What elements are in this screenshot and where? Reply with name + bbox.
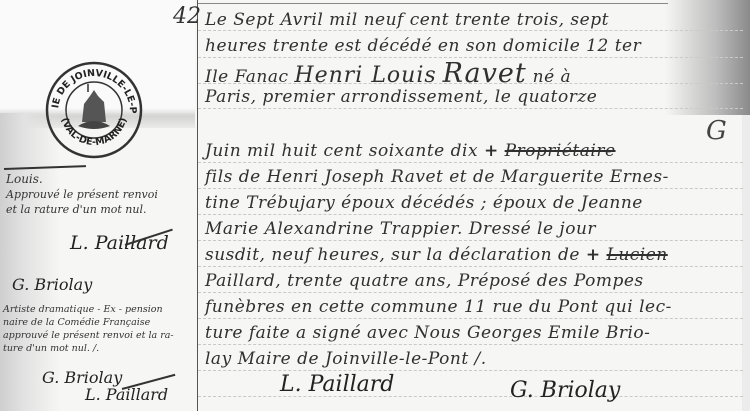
record-line-12: ture faite a signé avec Nous Georges Emi… <box>205 323 650 343</box>
margin-note-2-line: approuvé le présent renvoi et la ra- <box>3 330 174 341</box>
ruled-line <box>198 30 743 31</box>
top-border-line <box>198 3 668 4</box>
record-line-10: Paillard, trente quatre ans, Préposé des… <box>205 271 644 291</box>
ruled-line <box>198 188 743 189</box>
ruled-line <box>198 162 743 163</box>
margin-note-1-line: Approuvé le présent renvoi <box>6 188 158 201</box>
margin-vertical-rule <box>197 0 198 411</box>
signature-declarant: L. Paillard <box>280 372 394 397</box>
ruled-line <box>198 214 743 215</box>
ruled-line <box>198 266 743 267</box>
margin-note-2-signature-top: G. Briolay <box>12 275 92 294</box>
struck-word: Propriétaire <box>505 141 616 161</box>
margin-note-1-line: et la rature d'un mot nul. <box>6 203 146 216</box>
record-line-8: Marie Alexandrine Trappier. Dressé le jo… <box>205 219 596 239</box>
signature-mayor: G. Briolay <box>510 378 620 403</box>
civil-record-page: 42 MAIRIE DE JOINVILLE-LE-PONT (VAL-DE-M… <box>0 0 750 411</box>
stamp-seal-icon: MAIRIE DE JOINVILLE-LE-PONT (VAL-DE-MARN… <box>44 60 144 160</box>
deceased-given-names: Henri Louis <box>294 63 436 88</box>
born-at-text: né à <box>533 67 572 87</box>
address-text: Ile Fanac <box>205 67 289 87</box>
margin-note-2-line: ture d'un mot nul. /. <box>3 343 99 354</box>
deceased-surname: Ravet <box>443 58 527 89</box>
record-line-9: susdit, neuf heures, sur la déclaration … <box>205 245 668 265</box>
record-line-1: Le Sept Avril mil neuf cent trente trois… <box>205 10 609 30</box>
record-line-6: fils de Henri Joseph Ravet et de Marguer… <box>205 167 669 187</box>
insertion-mark: + <box>586 245 601 265</box>
record-line-3: Ile Fanac Henri Louis Ravet né à <box>205 58 571 89</box>
record-line-5: Juin mil huit cent soixante dix + Propri… <box>205 141 616 161</box>
ruled-line <box>198 108 743 109</box>
corner-mark: G <box>706 116 727 146</box>
record-line-13: lay Maire de Joinville-le-Pont /. <box>205 349 487 369</box>
town-hall-stamp: MAIRIE DE JOINVILLE-LE-PONT (VAL-DE-MARN… <box>44 60 144 160</box>
record-line-4: Paris, premier arrondissement, le quator… <box>205 87 597 107</box>
ruled-line <box>198 370 743 371</box>
margin-note-1-heading: Louis. <box>6 172 43 186</box>
ruled-line <box>198 318 743 319</box>
margin-note-2-line: naire de la Comédie Française <box>3 317 150 328</box>
ruled-line <box>198 292 743 293</box>
ruled-line <box>198 240 743 241</box>
struck-word: Lucien <box>607 245 668 265</box>
right-page-edge <box>742 115 750 411</box>
margin-note-2-line: Artiste dramatique - Ex - pension <box>3 304 163 315</box>
record-line-7: tine Trébujary époux décédés ; époux de … <box>205 193 643 213</box>
record-line-2: heures trente est décédé en son domicile… <box>205 36 641 56</box>
insertion-mark: + <box>484 141 499 161</box>
ruled-line <box>198 344 743 345</box>
act-number: 42 <box>173 4 201 29</box>
record-line-11: funèbres en cette commune 11 rue du Pont… <box>205 297 672 317</box>
